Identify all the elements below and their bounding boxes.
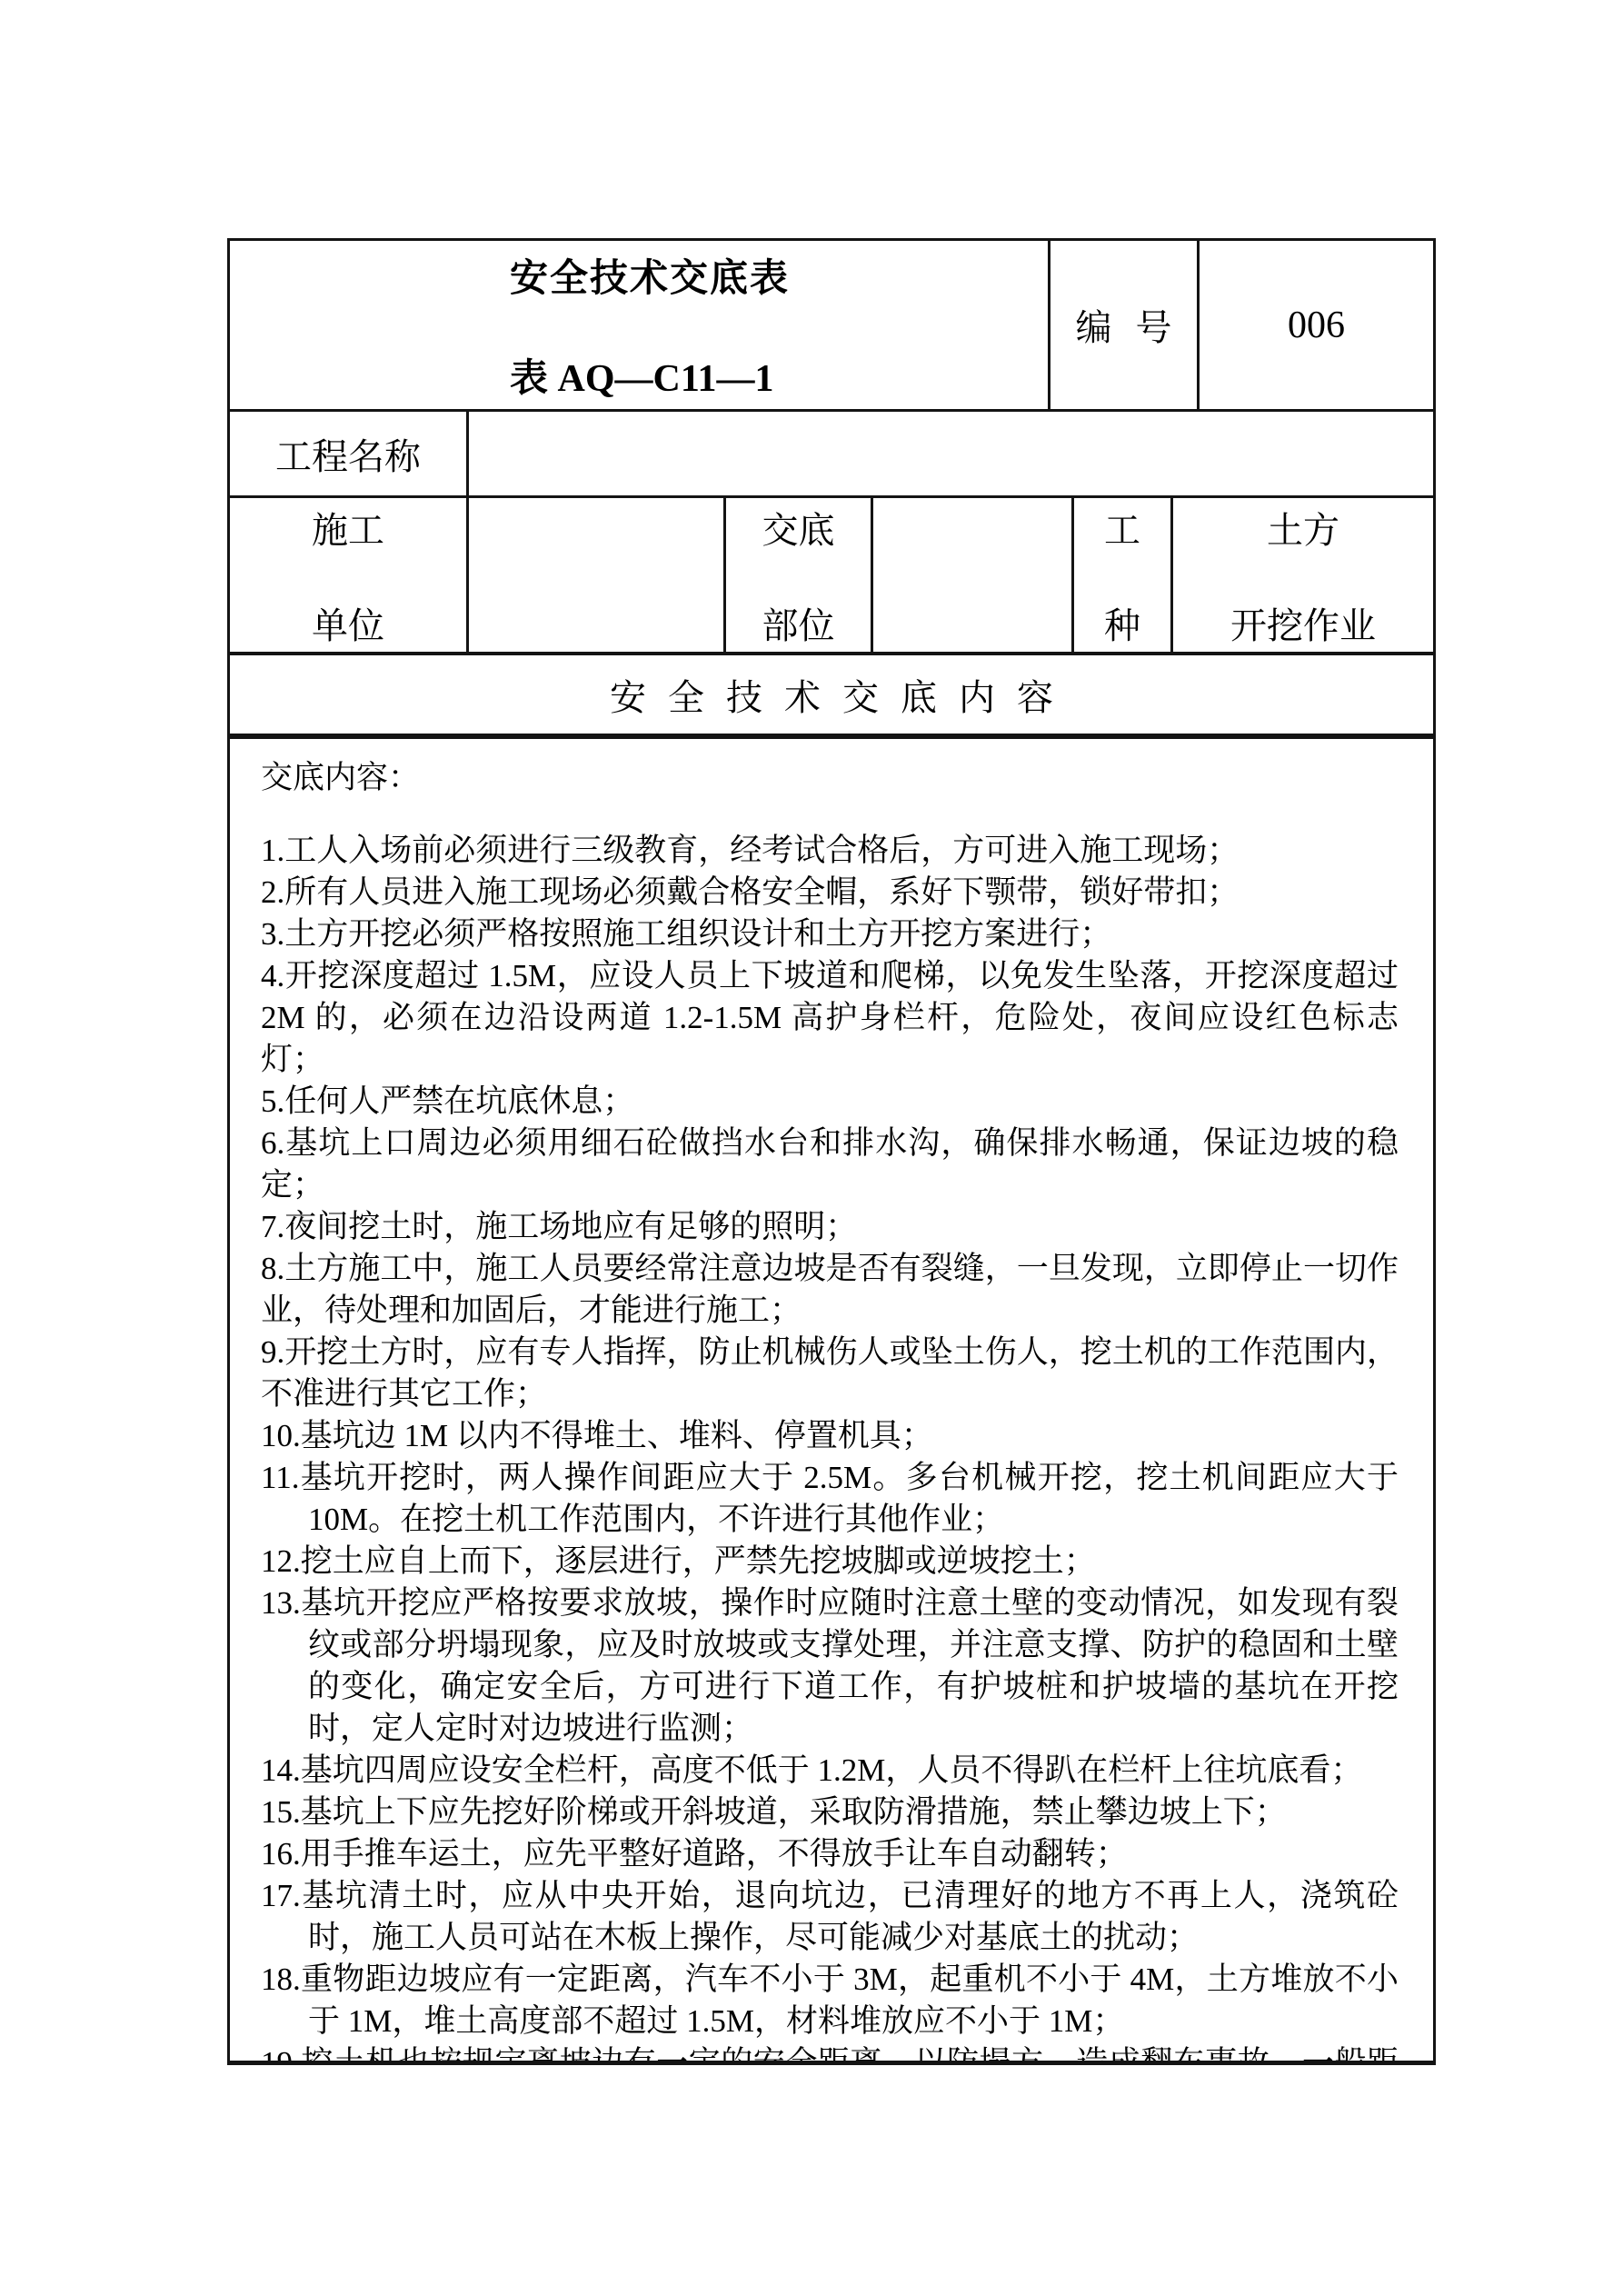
- list-item: 18.重物距边坡应有一定距离，汽车不小于 3M，起重机不小于 4M，土方堆放不小…: [261, 1959, 1399, 2042]
- list-item: 4.开挖深度超过 1.5M，应设人员上下坡道和爬梯，以免发生坠落，开挖深度超过 …: [261, 955, 1399, 1081]
- list-item: 10.基坑边 1M 以内不得堆土、堆料、停置机具；: [261, 1415, 1399, 1457]
- serial-number-label: 编号: [1052, 299, 1196, 351]
- info-row: 施工 单位 交底 部位 工 种 土方 开挖作业: [230, 495, 1433, 652]
- list-item: 16.用手推车运土，应先平整好道路，不得放手让车自动翻转；: [261, 1833, 1399, 1875]
- content-row: 交底内容： 1.工人入场前必须进行三级教育，经考试合格后，方可进入施工现场； 2…: [230, 734, 1433, 2061]
- construction-unit-label-line2: 单位: [312, 597, 384, 649]
- list-item: 1.工人入场前必须进行三级教育，经考试合格后，方可进入施工现场；: [261, 830, 1399, 872]
- list-item: 7.夜间挖土时，施工场地应有足够的照明；: [261, 1206, 1399, 1248]
- title-row: 安全技术交底表 表 AQ—C11—1 编号 006: [230, 241, 1433, 409]
- list-item: 8.土方施工中，施工人员要经常注意边坡是否有裂缝，一旦发现，立即停止一切作业，待…: [261, 1248, 1399, 1332]
- construction-unit-label-line1: 施工: [312, 502, 384, 554]
- list-item: 14.基坑四周应设安全栏杆，高度不低于 1.2M，人员不得趴在栏杆上往坑底看；: [261, 1750, 1399, 1792]
- project-name-label-cell: 工程名称: [230, 412, 466, 495]
- list-item: 15.基坑上下应先挖好阶梯或开斜坡道，采取防滑措施，禁止攀边坡上下；: [261, 1792, 1399, 1833]
- construction-unit-value-cell: [466, 498, 723, 652]
- work-type-value-line1: 土方: [1267, 502, 1339, 554]
- serial-number-label-cell: 编号: [1048, 241, 1197, 409]
- project-name-value-cell: [466, 412, 1433, 495]
- list-item: 5.任何人严禁在坑底休息；: [261, 1081, 1399, 1123]
- project-name-label: 工程名称: [275, 428, 421, 480]
- list-item: 9.开挖土方时，应有专人指挥，防止机械伤人或坠土伤人，挖土机的工作范围内，不准进…: [261, 1332, 1399, 1415]
- work-type-value-line2: 开挖作业: [1230, 597, 1376, 649]
- disclosure-part-label-line1: 交底: [762, 502, 835, 554]
- project-name-row: 工程名称: [230, 409, 1433, 495]
- document-page: 安全技术交底表 表 AQ—C11—1 编号 006 工程名称 施工 单位: [0, 0, 1623, 2296]
- disclosure-part-value-cell: [871, 498, 1071, 652]
- form-code: 表 AQ—C11—1: [510, 348, 774, 403]
- serial-number-value-cell: 006: [1197, 241, 1433, 409]
- content-heading: 交底内容：: [261, 757, 1399, 799]
- content-cell: 交底内容： 1.工人入场前必须进行三级教育，经考试合格后，方可进入施工现场； 2…: [230, 739, 1433, 2061]
- section-header-row: 安全技术交底内容: [230, 652, 1433, 734]
- list-item: 3.土方开挖必须严格按照施工组织设计和土方开挖方案进行；: [261, 913, 1399, 955]
- disclosure-part-label-cell: 交底 部位: [723, 498, 871, 652]
- list-item: 2.所有人员进入施工现场必须戴合格安全帽，系好下颚带，锁好带扣；: [261, 872, 1399, 913]
- work-type-label-cell: 工 种: [1071, 498, 1170, 652]
- work-type-label-line1: 工: [1104, 502, 1140, 554]
- disclosure-part-label-line2: 部位: [762, 597, 835, 649]
- section-header-cell: 安全技术交底内容: [230, 655, 1433, 734]
- form-title: 安全技术交底表: [510, 248, 790, 303]
- construction-unit-label-cell: 施工 单位: [230, 498, 466, 652]
- serial-number-value: 006: [1288, 304, 1345, 347]
- list-item: 6.基坑上口周边必须用细石砼做挡水台和排水沟，确保排水畅通，保证边坡的稳定；: [261, 1123, 1399, 1206]
- list-item: 12.挖土应自上而下，逐层进行，严禁先挖坡脚或逆坡挖土；: [261, 1541, 1399, 1582]
- list-item: 17.基坑清土时，应从中央开始，退向坑边，已清理好的地方不再上人，浇筑砼时，施工…: [261, 1875, 1399, 1959]
- list-item: 19.挖土机也按规定离坡边有一定的安全距离，以防塌方，造成翻车事故，一般距离不小…: [261, 2042, 1399, 2061]
- work-type-value-cell: 土方 开挖作业: [1170, 498, 1433, 652]
- work-type-label-line2: 种: [1104, 597, 1140, 649]
- safety-disclosure-table: 安全技术交底表 表 AQ—C11—1 编号 006 工程名称 施工 单位: [227, 238, 1436, 2065]
- form-title-cell: 安全技术交底表 表 AQ—C11—1: [230, 241, 1048, 409]
- list-item: 11.基坑开挖时，两人操作间距应大于 2.5M。多台机械开挖，挖土机间距应大于 …: [261, 1457, 1399, 1541]
- list-item: 13.基坑开挖应严格按要求放坡，操作时应随时注意土壁的变动情况，如发现有裂纹或部…: [261, 1582, 1399, 1750]
- section-header-text: 安全技术交底内容: [588, 669, 1075, 721]
